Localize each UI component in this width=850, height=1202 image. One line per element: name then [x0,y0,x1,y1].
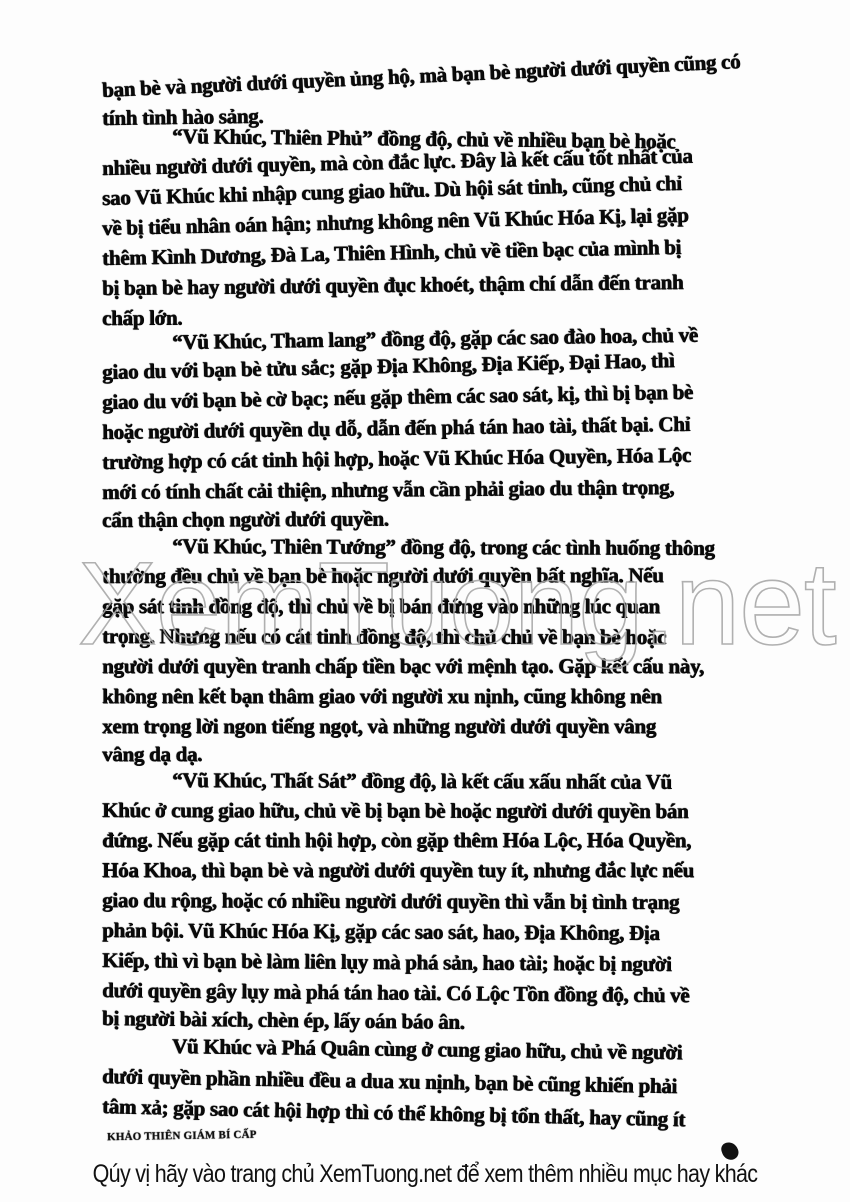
site-caption: Qúy vị hãy vào trang chủ XemTuong.net để… [60,1160,791,1189]
text-line: thường đều chủ về bạn bè hoặc người dưới… [102,563,742,589]
text-line: không nên kết bạn thâm giao với người xu… [102,684,742,709]
text-line: tâm xả; gặp sao cát hội hợp thì có thể k… [102,1094,742,1134]
text-line: Khúc ở cung giao hữu, chủ về bị bạn bè h… [102,798,742,824]
text-line: xem trọng lời ngon tiếng ngọt, và những … [102,714,742,739]
text-line: phản bội. Vũ Khúc Hóa Kị, gặp các sao sá… [102,918,742,946]
text-line: trường hợp có cát tinh hội hợp, hoặc Vũ … [102,442,742,475]
text-line: Kiếp, thì vì bạn bè làm liên lụy mà phá … [102,948,742,977]
text-line: vâng dạ dạ. [102,742,742,767]
running-footer: KHẢO THIÊN GIÁM BÍ CẤP [107,1129,257,1144]
text-line: giao du với bạn bè cờ bạc; nếu gặp thêm … [102,379,742,415]
text-line: cẩn thận chọn người dưới quyền. [102,505,742,533]
text-line: bạn bè và người dưới quyền ủng hộ, mà bạ… [101,49,741,103]
text-line: thêm Kình Dương, Đà La, Thiên Hình, chủ … [102,234,742,271]
text-line: Hóa Khoa, thì bạn bè và người dưới quyền… [102,858,742,883]
text-line: gặp sát tinh đồng độ, thì chủ về bị bán … [102,594,742,619]
text-line: đứng. Nếu gặp cát tinh hội hợp, còn gặp … [102,828,742,853]
text-line: giao du rộng, hoặc có nhiều người dưới q… [102,888,742,915]
text-line: bị người bài xích, chèn ép, lấy oán báo … [102,1006,742,1038]
text-line: Vũ Khúc và Phá Quân cùng ở cung giao hữu… [172,1034,742,1066]
text-line: hoặc người dưới quyền dụ dỗ, dẫn đến phá… [102,411,742,445]
page-number [719,1140,740,1162]
text-line: “Vũ Khúc, Thất Sát” đồng độ, là kết cấu … [172,768,742,795]
text-line: mới có tính chất cải thiện, nhưng vẫn cầ… [102,474,742,505]
text-line: dưới quyền gây lụy mà phá tán hao tài. C… [102,978,742,1009]
text-line: bị bạn bè hay người dưới quyền đục khoét… [102,269,742,301]
text-line: trọng. Nhưng nếu có cát tinh đồng độ, th… [102,624,742,650]
text-line: “Vũ Khúc, Thiên Tướng” đồng độ, trong cá… [172,534,742,561]
text-line: dưới quyền phần nhiều đều a dua xu nịnh,… [102,1064,742,1100]
text-line: người dưới quyền tranh chấp tiền bạc với… [102,654,742,679]
scanned-page: bạn bè và người dưới quyền ủng hộ, mà bạ… [0,0,850,1202]
